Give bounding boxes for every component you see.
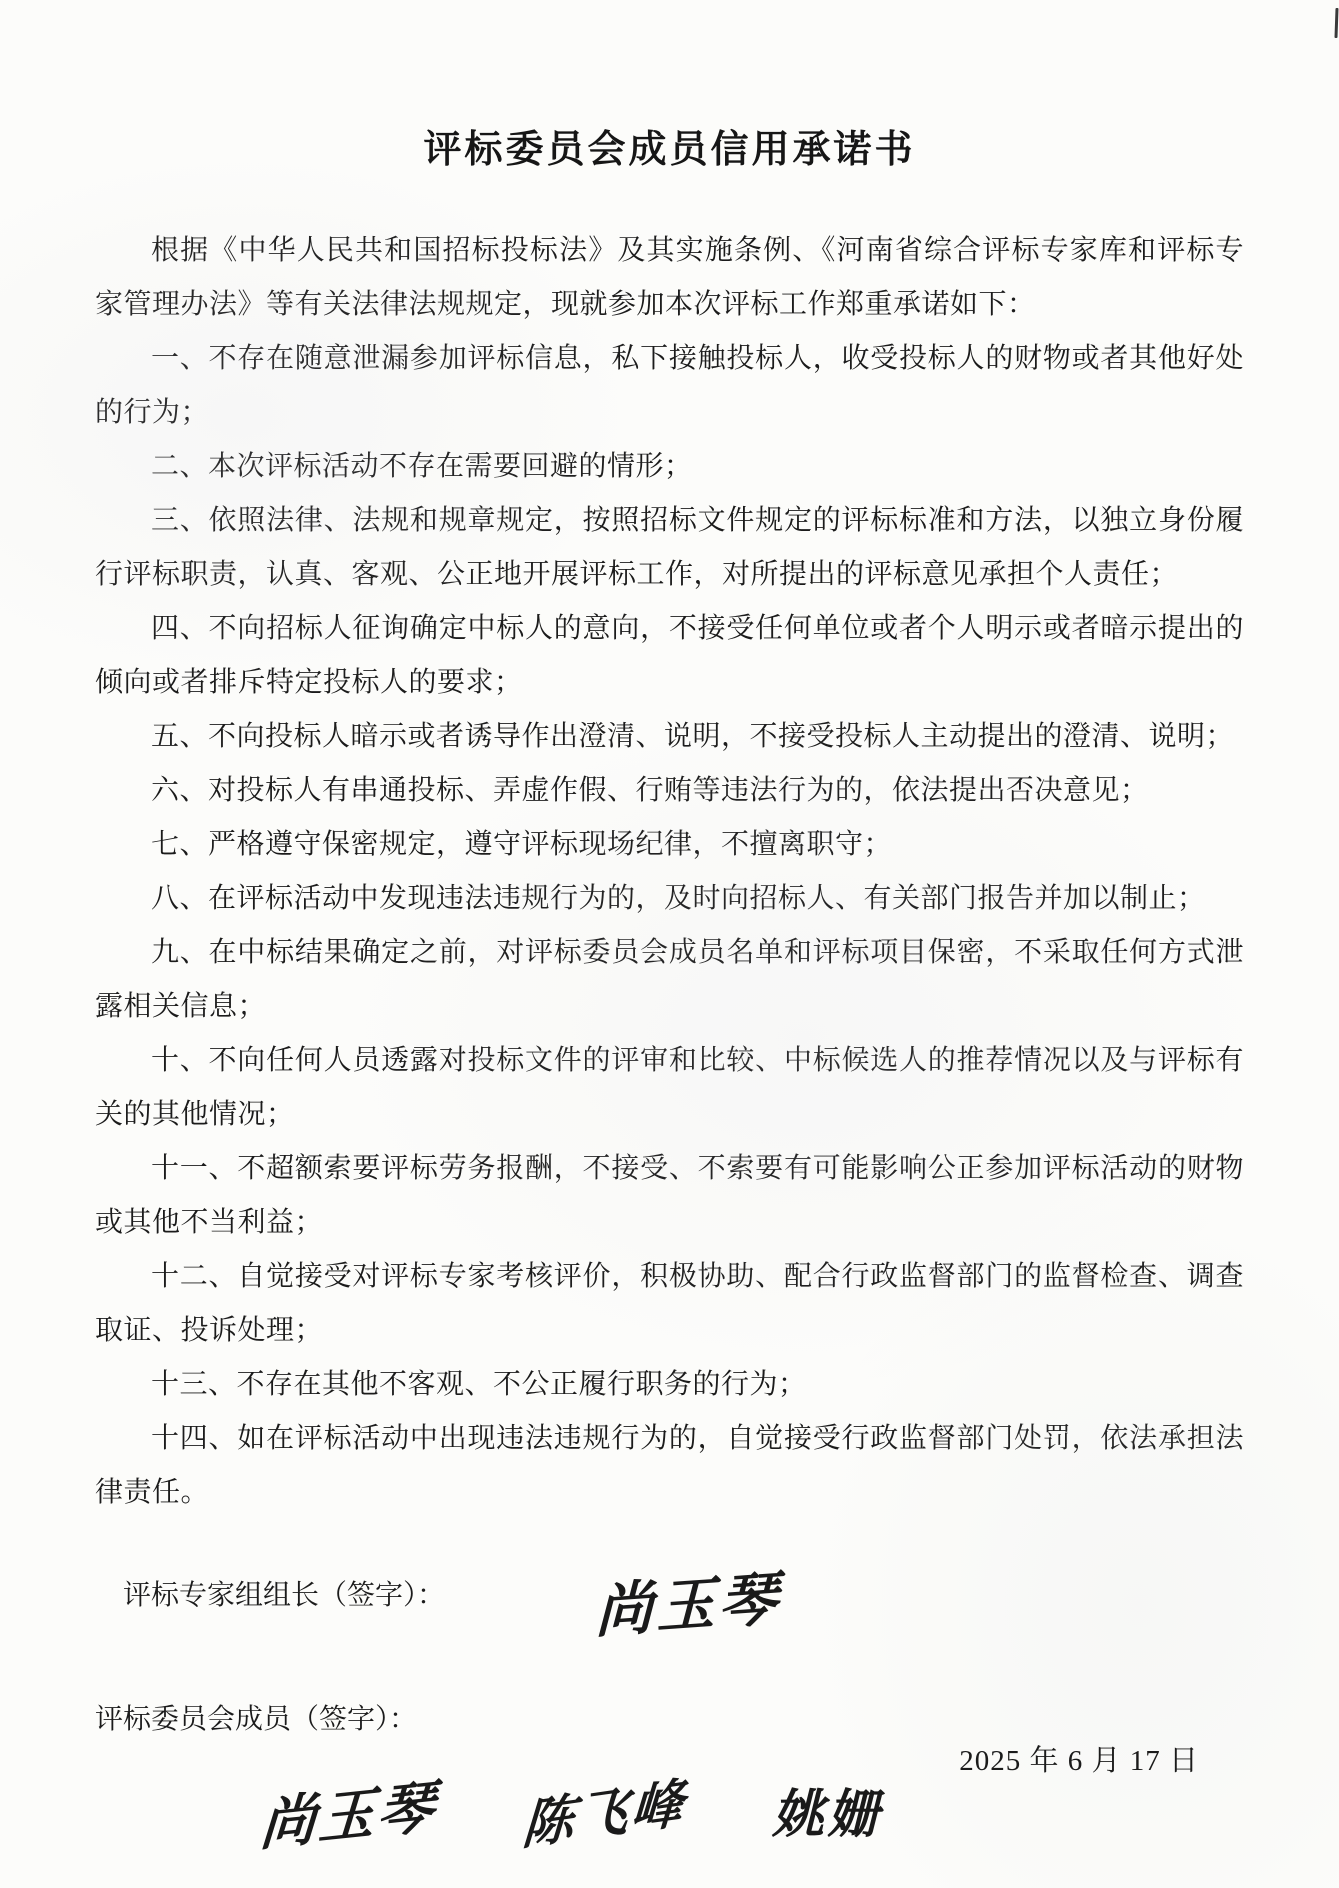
commitment-item: 十、不向任何人员透露对投标文件的评审和比较、中标候选人的推荐情况以及与评标有关的… — [95, 1034, 1244, 1142]
members-sign-label: 评标委员会成员（签字）： — [95, 1704, 417, 1735]
scan-artifact-line — [1334, 8, 1338, 38]
commitment-item: 十二、自觉接受对评标专家考核评价，积极协助、配合行政监督部门的监督检查、调查取证… — [95, 1250, 1244, 1358]
commitment-item: 十三、不存在其他不客观、不公正履行职务的行为； — [95, 1358, 1244, 1412]
commitment-item: 四、不向招标人征询确定中标人的意向，不接受任何单位或者个人明示或者暗示提出的倾向… — [95, 602, 1244, 710]
commitment-item: 一、不存在随意泄漏参加评标信息，私下接触投标人，收受投标人的财物或者其他好处的行… — [95, 332, 1244, 440]
commitment-item: 十四、如在评标活动中出现违法违规行为的，自觉接受行政监督部门处罚，依法承担法律责… — [95, 1412, 1244, 1520]
commitment-item: 三、依照法律、法规和规章规定，按照招标文件规定的评标标准和方法，以独立身份履行评… — [95, 494, 1244, 602]
leader-signature-handwriting: 尚玉琴 — [595, 1551, 782, 1648]
commitment-item: 八、在评标活动中发现违法违规行为的，及时向招标人、有关部门报告并加以制止； — [95, 872, 1244, 926]
member-signature-handwriting: 姚姗 — [772, 1772, 882, 1847]
commitment-item: 五、不向投标人暗示或者诱导作出澄清、说明，不接受投标人主动提出的澄清、说明； — [95, 710, 1244, 764]
intro-paragraph: 根据《中华人民共和国招标投标法》及其实施条例、《河南省综合评标专家库和评标专家管… — [95, 224, 1244, 332]
commitment-item: 七、严格遵守保密规定，遵守评标现场纪律，不擅离职守； — [95, 818, 1244, 872]
scanned-document-page: 评标委员会成员信用承诺书 根据《中华人民共和国招标投标法》及其实施条例、《河南省… — [0, 0, 1339, 1888]
commitment-item: 十一、不超额索要评标劳务报酬，不接受、不索要有可能影响公正参加评标活动的财物或其… — [95, 1142, 1244, 1250]
document-body: 根据《中华人民共和国招标投标法》及其实施条例、《河南省综合评标专家库和评标专家管… — [95, 224, 1244, 1520]
commitment-item: 六、对投标人有串通投标、弄虚作假、行贿等违法行为的，依法提出否决意见； — [95, 764, 1244, 818]
member-signature-handwriting: 陈飞峰 — [520, 1760, 689, 1859]
page-title: 评标委员会成员信用承诺书 — [95, 128, 1244, 172]
leader-signature-row: 评标专家组组长（签字）： 尚玉琴 — [95, 1576, 1244, 1672]
leader-sign-label: 评标专家组组长（签字）： — [95, 1576, 445, 1616]
commitment-item: 九、在中标结果确定之前，对评标委员会成员名单和评标项目保密，不采取任何方式泄露相… — [95, 926, 1244, 1034]
member-signatures-row: 尚玉琴 陈飞峰 姚姗 — [95, 1772, 1244, 1888]
commitment-item: 二、本次评标活动不存在需要回避的情形； — [95, 440, 1244, 494]
sign-date: 2025 年 6 月 17 日 — [959, 1738, 1199, 1779]
signature-section: 评标专家组组长（签字）： 尚玉琴 评标委员会成员（签字）： 尚玉琴 陈飞峰 姚姗 — [95, 1576, 1244, 1888]
member-signature-handwriting: 尚玉琴 — [258, 1762, 440, 1862]
commitment-items: 一、不存在随意泄漏参加评标信息，私下接触投标人，收受投标人的财物或者其他好处的行… — [95, 332, 1244, 1520]
